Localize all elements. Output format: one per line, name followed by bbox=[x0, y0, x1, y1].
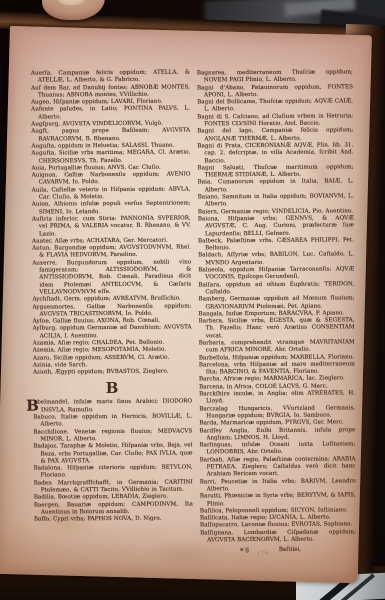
index-entry: Badajoz, Taraphæ & Moletio, Hiſpaniæ vrb… bbox=[33, 443, 192, 466]
index-entry: Barri, Peucetiæ in Italia vrbs; BARIVM, … bbox=[200, 478, 356, 494]
index-entry-first-b: Babelmandel, inſulæ maris ſinus Arabici;… bbox=[33, 399, 192, 415]
index-entry: Azaro, Siciliæ oppidum; ASSERVM, Cl. Aræ… bbox=[33, 354, 192, 362]
catchword: Baſtilei, bbox=[279, 547, 301, 554]
index-entry: Augſt, pagus prope Baſileam; AVGVSTA RAV… bbox=[31, 128, 190, 144]
index-entry: Azioth, Ægypti oppidum; BVBASTOS, Ziegle… bbox=[33, 369, 192, 377]
index-entry: Barbara, Siciliæ vrbs, EGESTA, quæ & SEG… bbox=[199, 317, 355, 340]
index-entry: Baden Marckgraffſchafft, in Germania; CA… bbox=[34, 479, 193, 495]
index-entry: Autun, Burgundiæ oppidum; AVGVSTODVNVM, … bbox=[32, 245, 191, 261]
index-entry: Baiano, Samnitum in Italia oppidum; BOVI… bbox=[198, 193, 354, 209]
index-entry: Auerſa, Campaniæ felicis oppidum; ATELLA… bbox=[31, 69, 190, 85]
index-entry: Auignon, Galliæ Narbonenſis oppidum; AVE… bbox=[32, 172, 191, 188]
index-entry: Baergen, Bauariæ oppidum; CAMPODINVM, It… bbox=[34, 501, 193, 517]
index-entry: Ayguesmortes, Galliæ Narbonenſis oppidum… bbox=[32, 303, 191, 319]
index-entry: Auila, Caſtellæ veteris in Hiſpania oppi… bbox=[32, 186, 191, 202]
index-entry: Aylburg, oppidum Germaniæ ad Danubium; A… bbox=[33, 325, 192, 341]
pencil-page-number: 176 bbox=[256, 549, 269, 558]
index-entry: Babuco, Italiæ oppidum in Hernicis, BOVI… bbox=[33, 414, 192, 430]
index-entry: Barczalag Hungaricis, VVurtzland Germani… bbox=[199, 405, 355, 421]
index-entry: Balſara, oppidum ad oſtium Euphratis; TE… bbox=[198, 281, 354, 297]
right-entries: Bagnarea, mediterraneum Thuſciæ oppidum;… bbox=[197, 69, 356, 544]
signature-mark: e ij bbox=[240, 547, 249, 554]
index-text-block: Auerſa, Campaniæ felicis oppidum; ATELLA… bbox=[31, 68, 365, 70]
index-entry: Bamberg, Germaniæ oppidum ad Mœnum fluui… bbox=[198, 296, 354, 312]
index-entry: Bagnarea, mediterraneum Thuſciæ oppidum;… bbox=[197, 69, 353, 85]
photo-background: Auerſa, Campaniæ felicis oppidum; ATELLA… bbox=[0, 0, 385, 600]
section-header-b: B bbox=[33, 380, 192, 397]
index-entry: Barſaab, Aſiæ regio, Palæſtinæ contermin… bbox=[200, 456, 356, 479]
index-entry: Bacchilione, Venetæ regionis fluuius; ME… bbox=[33, 428, 192, 444]
index-entry: Baſſignana, Lombardiæ Ciſpadanæ oppidum;… bbox=[200, 529, 356, 545]
left-column: Auerſa, Campaniæ felicis oppidum; ATELLA… bbox=[31, 69, 193, 524]
index-entry: Auſtria inferior, cum Stiria: PANNONIA S… bbox=[32, 215, 191, 238]
index-entry: Auxerre, Burgundorum oppidum, nobili vin… bbox=[32, 259, 191, 297]
fingernail bbox=[58, 0, 85, 5]
index-entry: Auf dem Bar, ad Danubij fontes; ABNOBÆ M… bbox=[31, 84, 190, 100]
index-entry: Bagni di S. Caſciano, ad Cluſium vrbem i… bbox=[197, 113, 353, 129]
index-entry: Balbeck, Palæſtinæ vrbs, CÆSAREA PHILIPP… bbox=[198, 237, 354, 253]
index-entry: Badalona, Hiſpaniæ citerioris oppidum; B… bbox=[34, 465, 193, 481]
index-entry: Baffo, Cypri vrbs; PAPHOS NOVA, D. Nigro… bbox=[34, 516, 193, 524]
index-entry: Barlinguas, inſulæ Oceani iuxta Luſitani… bbox=[199, 441, 355, 457]
index-entry: Bagni d'Abano, Patauinorum oppidum, FONT… bbox=[197, 84, 353, 100]
index-entry: Bardſey Anglis, Enlhi Britannis, inſula … bbox=[199, 427, 355, 443]
colophon-row: e ij Baſtilei, bbox=[200, 547, 356, 555]
index-entry: Aufente paludes, in Latio; PONTINA PALVS… bbox=[31, 106, 190, 122]
index-entry: Auion, Albionis inſulæ populi verſus Sep… bbox=[32, 201, 191, 217]
index-entry: Balneola, oppidum Hiſpaniæ Tarraconenſis… bbox=[198, 266, 354, 282]
a-entries: Auerſa, Campaniæ felicis oppidum; ATELLA… bbox=[31, 69, 192, 377]
index-entry: Baldach, Aſſyriæ vrbs; BABILON, Luc. Caſ… bbox=[198, 252, 354, 268]
index-entry: Barutti, Phœniciæ in Syria vrbs; BERYTVM… bbox=[200, 493, 356, 509]
index-entry: Bagni di Prata, CICERONIANÆ AQVÆ, Plin. … bbox=[197, 142, 353, 165]
index-entry: Bagni del lago, Campaniæ felicis oppidum… bbox=[197, 128, 353, 144]
book-page: Auerſa, Campaniæ felicis oppidum; ATELLA… bbox=[0, 26, 372, 583]
index-entry-text: abelmandel, inſulæ maris ſinus Arabici; … bbox=[34, 399, 192, 413]
index-entry: Auguſta, Siciliæ vrbs maritima; MEGARA, … bbox=[31, 150, 190, 166]
index-entry: Barbaria, comprehendit vtramque MAVRITAN… bbox=[199, 339, 355, 355]
index-entry: Baiona, Hiſpaniæ vrbs; GENNVS, & AQVÆ AV… bbox=[198, 215, 354, 238]
index-entry: Barckſhire incolæ, in Anglia; olim ATREB… bbox=[199, 390, 355, 406]
b-entries: Babuco, Italiæ oppidum in Hernicis, BOVI… bbox=[33, 414, 193, 525]
index-entry: Bagni del Bollicame, Thuſciæ oppidum; AQ… bbox=[197, 98, 353, 114]
index-entry: Baia, Cumanorum oppidum in Italia, BAIÆ,… bbox=[198, 179, 354, 195]
right-column: Bagnarea, mediterraneum Thuſciæ oppidum;… bbox=[197, 69, 356, 555]
